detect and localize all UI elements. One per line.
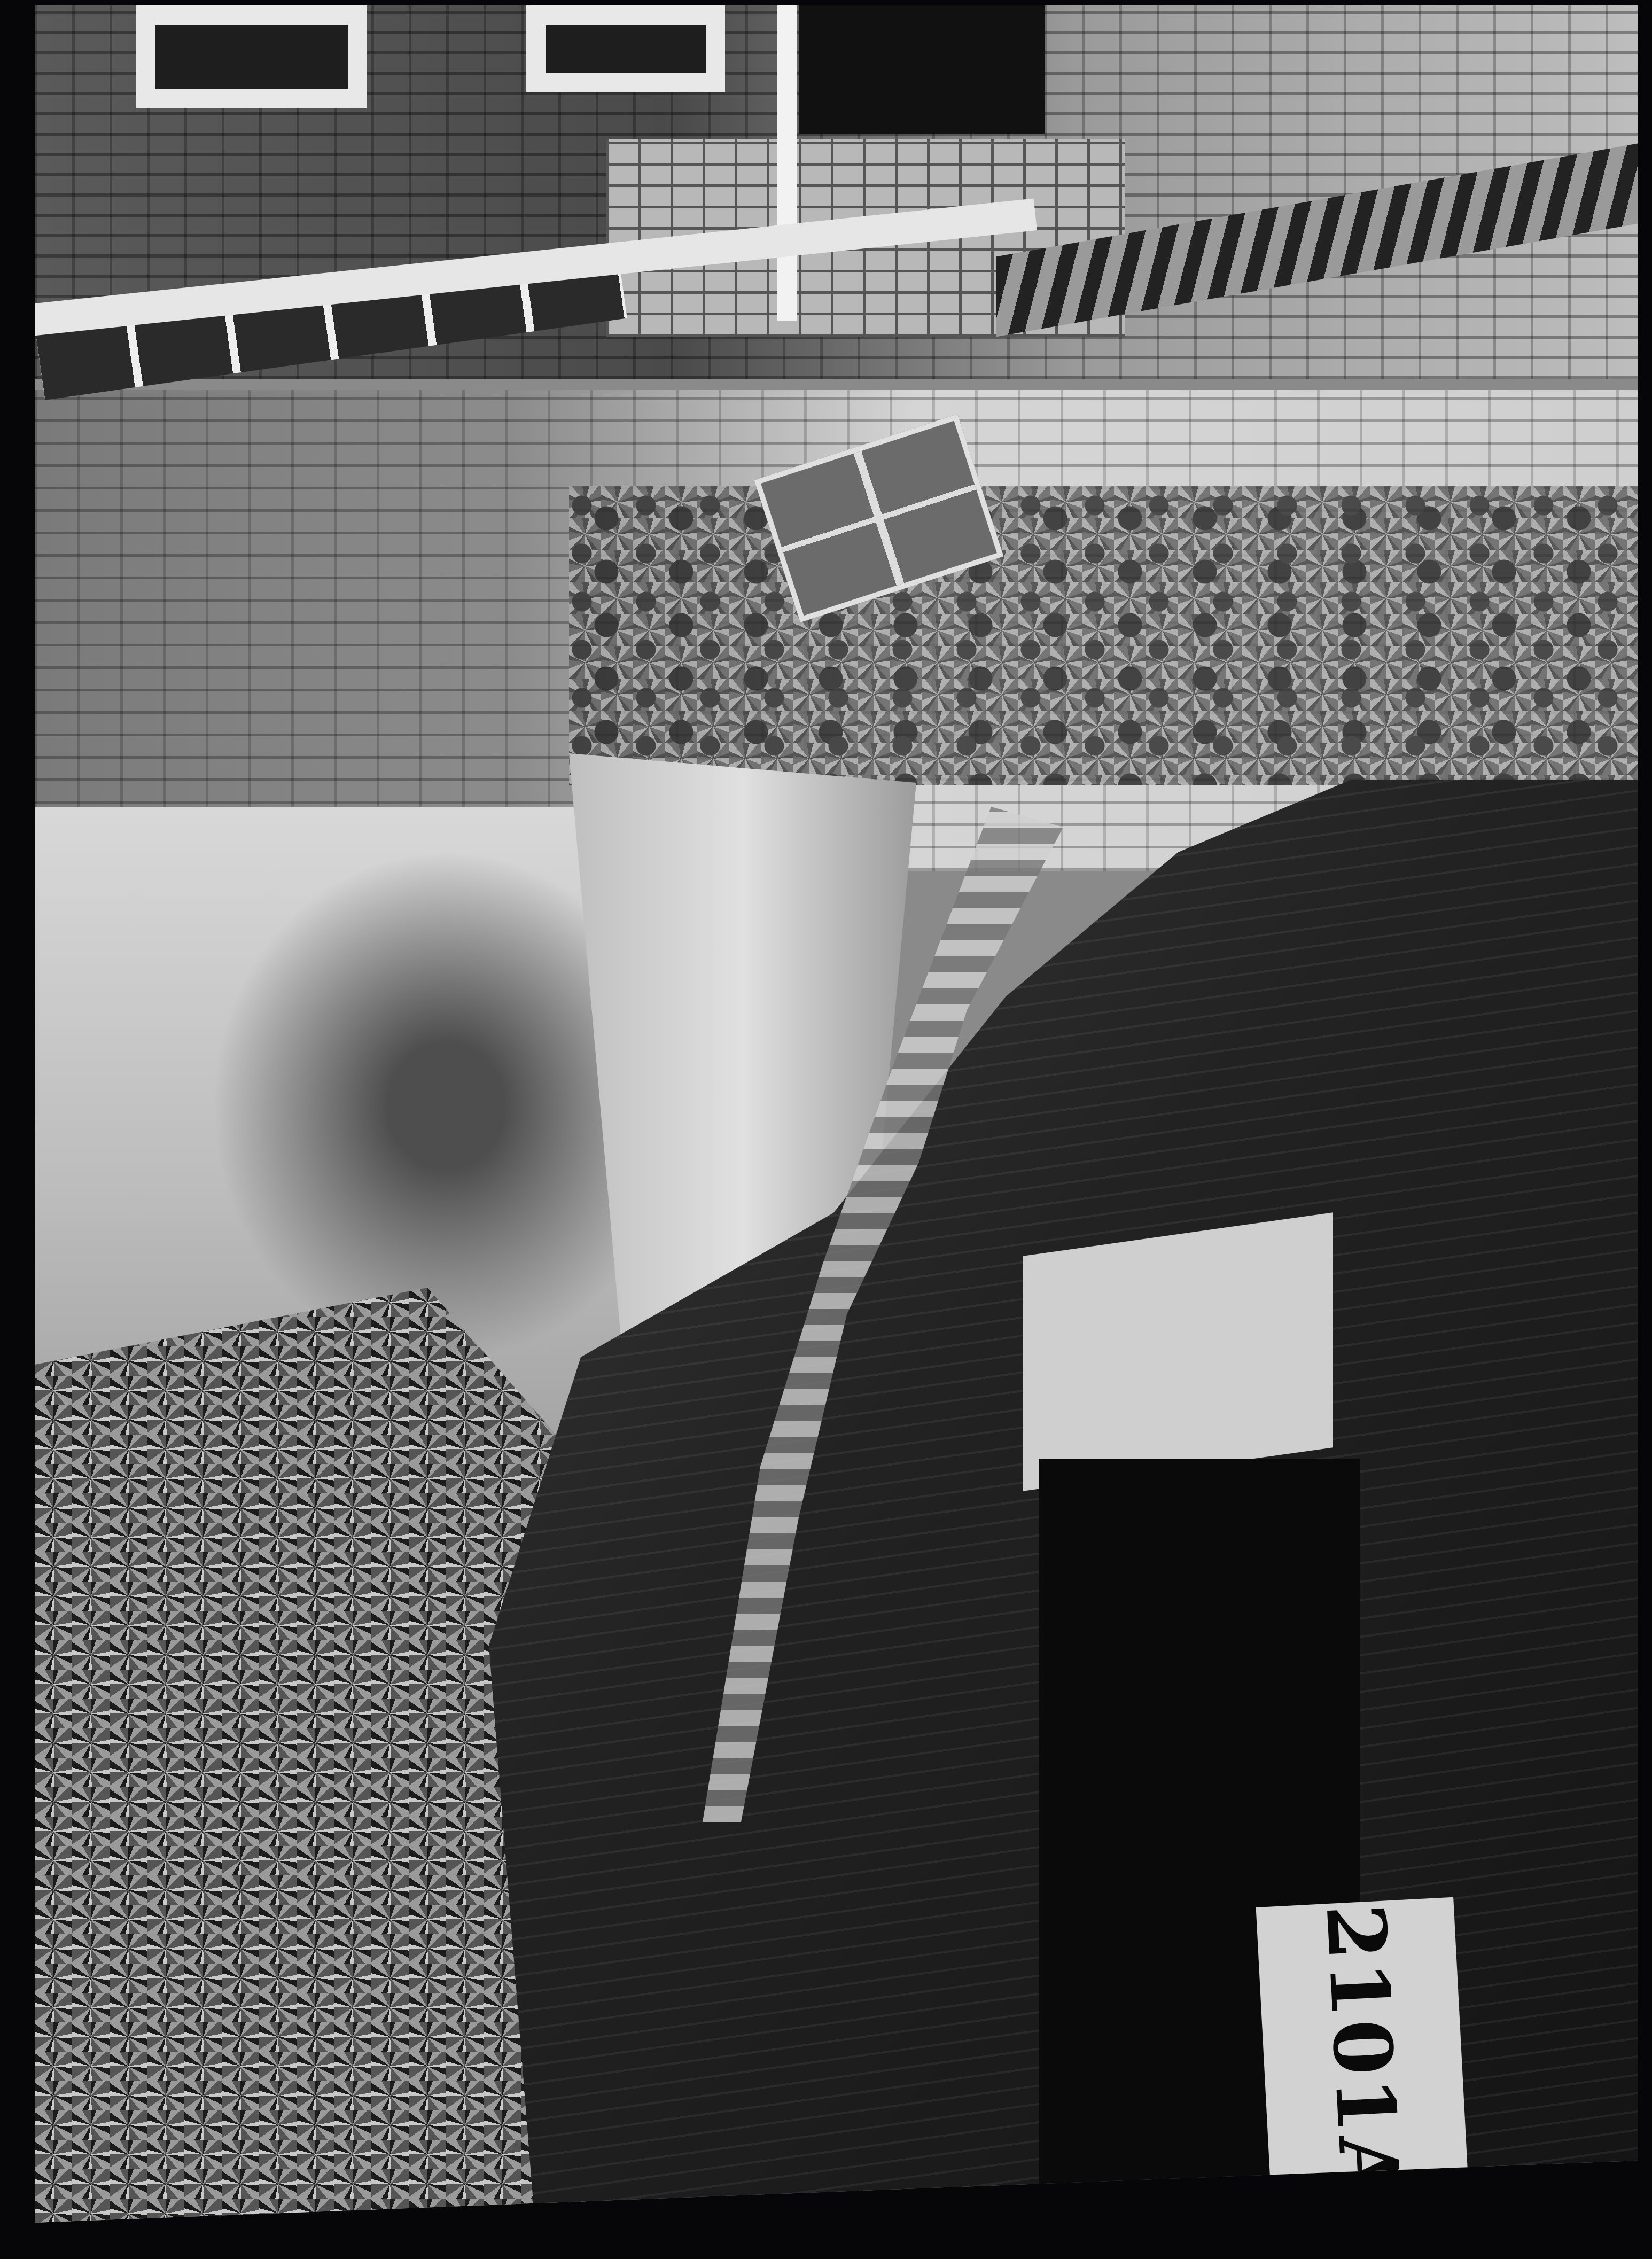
dark-wall-opening <box>799 5 1045 134</box>
sign-text: 2101A <box>1308 1902 1417 2202</box>
number-sign: 2101A <box>1256 1897 1469 2207</box>
door-lintel <box>1023 1212 1333 1491</box>
upper-window-right <box>526 5 725 92</box>
photograph: 2101A <box>35 5 1638 2223</box>
upper-window-left <box>136 5 367 108</box>
upper-rubble <box>569 486 1638 785</box>
drainpipe <box>777 5 797 321</box>
photo-border: 2101A <box>0 0 1652 2259</box>
